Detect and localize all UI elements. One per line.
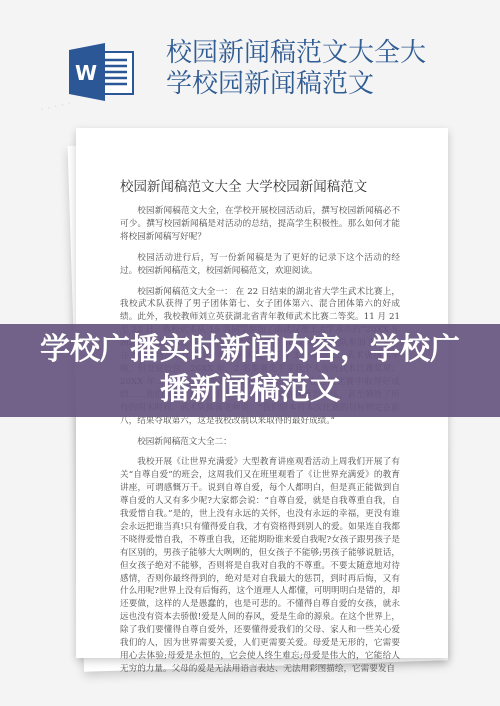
header: W 校园新闻稿范文大全大 学校园新闻稿范文 bbox=[0, 0, 500, 120]
word-document-icon: W bbox=[69, 42, 135, 102]
document-paragraph: 校园活动进行后，写一份新闻稿是为了更好的记录下这个活动的经过。校园新闻稿范文，校… bbox=[120, 252, 400, 278]
document-paragraph: 我校开展《让世界充满爱》大型教育讲座观看活动上周我们开展了有关“自尊自爱”的班会… bbox=[120, 456, 400, 675]
document-paragraph: 校园新闻稿范文大全二： bbox=[120, 436, 400, 449]
header-title-line-1: 校园新闻稿范文大全大 bbox=[166, 38, 466, 69]
document-body: 校园新闻稿范文大全，在学校开展校园活动后，撰写校园新闻稿必不可少。撰写校园新闻稿… bbox=[120, 205, 400, 684]
banner-title: 学校广播实时新闻内容，学校广播新闻稿范文 bbox=[30, 330, 470, 410]
title-banner: 学校广播实时新闻内容，学校广播新闻稿范文 bbox=[0, 324, 500, 417]
document-title: 校园新闻稿范文大全 大学校园新闻稿范文 bbox=[120, 175, 420, 195]
document-paragraph: 校园新闻稿范文大全，在学校开展校园活动后，撰写校园新闻稿必不可少。撰写校园新闻稿… bbox=[120, 205, 400, 244]
header-title-line-2: 学校园新闻稿范文 bbox=[166, 69, 466, 100]
header-title: 校园新闻稿范文大全大 学校园新闻稿范文 bbox=[166, 38, 466, 100]
svg-text:W: W bbox=[75, 61, 97, 85]
